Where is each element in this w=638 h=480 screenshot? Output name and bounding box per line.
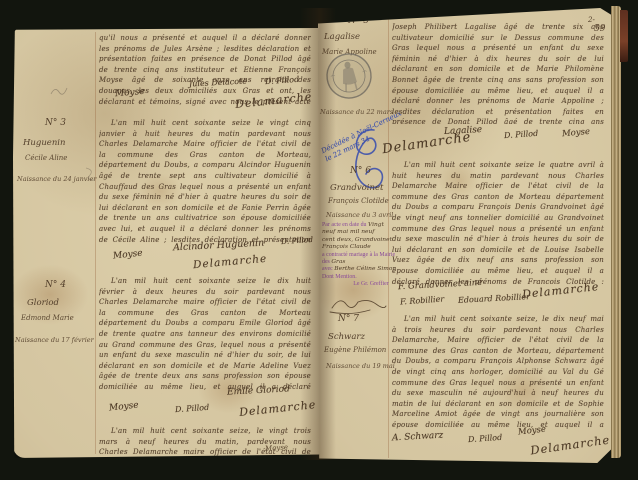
birth-date-note: Naissance du 19 mai	[326, 362, 395, 370]
signature: Moyse	[518, 425, 547, 438]
signature: D. Pillod	[468, 433, 503, 444]
act-number: N° 6	[350, 166, 371, 176]
page-edges-strip	[611, 6, 621, 458]
act-number: N° 3	[45, 118, 66, 128]
stamp-pen-text: neuf mai mil neuf	[322, 229, 374, 235]
act-number: N° 5	[348, 16, 369, 26]
signature: D. Pillod	[281, 235, 314, 246]
signature: Moyse	[113, 248, 144, 261]
birth-date-note: Naissance du 17 février	[15, 336, 94, 344]
birth-date-note: Naissance du 22 mars	[320, 108, 393, 116]
stamp-print-text: des	[322, 259, 331, 265]
stamp-print-text: a contracté mariage à la Mairie	[322, 252, 395, 258]
pencil-mark	[83, 166, 97, 182]
signature: Moyse	[562, 127, 591, 139]
act-number: N° 7	[338, 314, 359, 324]
signature: Delamarche	[529, 432, 611, 457]
stamp-print-text: Par acte en date du	[322, 222, 368, 228]
signature: Emile Gloriod	[227, 384, 290, 397]
birth-date-note: Naissance du 3 avril	[326, 211, 393, 219]
act-forenames: Eugène Philémon	[324, 346, 386, 354]
act-surname: Huguenin	[23, 138, 66, 148]
signature: Delamarche	[381, 130, 472, 157]
signature: D. Pillod	[504, 129, 539, 140]
signature: Edouard Robillier	[458, 292, 530, 305]
stamp-print-text: Le Gr. Greffier	[353, 281, 388, 287]
act-forenames: Edmond Marie	[21, 314, 74, 322]
catchword: Moyse	[265, 443, 289, 453]
official-seal-stamp	[322, 49, 376, 103]
stamp-pen-text: cent deux, Grandvoinet	[322, 237, 392, 243]
act-forenames: Cécile Aline	[25, 154, 67, 162]
signature: Delamarche	[193, 253, 268, 271]
stamp-pen-text: Gras	[331, 259, 345, 265]
signature: D. Pillod	[175, 403, 210, 414]
act-surname: Schwarz	[328, 332, 365, 342]
stamp-pen-text: Vingt	[368, 222, 384, 228]
birth-act-text: Joseph Philibert Lagalise âgé de trente …	[392, 22, 604, 124]
signature: A. Schwarz	[392, 431, 444, 444]
greffier-signature-flourish	[328, 294, 388, 316]
margin-rule-line	[95, 32, 96, 454]
act-number: N° 4	[45, 280, 66, 290]
pencil-mark	[49, 84, 69, 98]
stamp-pen-text: Berthe Céline Simon	[334, 266, 396, 272]
binding-cover-edge	[620, 10, 628, 62]
birth-act-text: L'an mil huit cent soixante seize le qua…	[392, 160, 604, 284]
stamp-print-text: avec	[322, 266, 334, 272]
signature: F. Robillier	[400, 294, 445, 306]
left-register-page: qu'il nous a présenté et auquel il a déc…	[13, 28, 320, 458]
act-forenames: François Clotilde	[328, 197, 389, 205]
birth-act-text: L'an mil huit cent soixante seize le vin…	[99, 118, 311, 244]
scanned-register-spread: { "left_page": { "continuation": { "text…	[0, 0, 638, 480]
act-surname: Grandvoinet	[330, 183, 383, 193]
stamp-pen-text: François Claude	[322, 244, 371, 250]
stamp-print-text: Dont Mention.	[322, 274, 357, 280]
signature: Delamarche	[239, 398, 317, 419]
act-surname: Lagalise	[324, 32, 360, 42]
right-register-page: 2- 59 N° 5 Lagalise Marie Appoline Naiss…	[318, 8, 612, 463]
signature: Moyse	[109, 400, 140, 413]
birth-act-text: L'an mil huit cent soixante seize, le di…	[392, 314, 604, 432]
birth-act-text: L'an mil huit cent soixante seize le dix…	[99, 276, 311, 394]
act-surname: Gloriod	[27, 298, 59, 308]
